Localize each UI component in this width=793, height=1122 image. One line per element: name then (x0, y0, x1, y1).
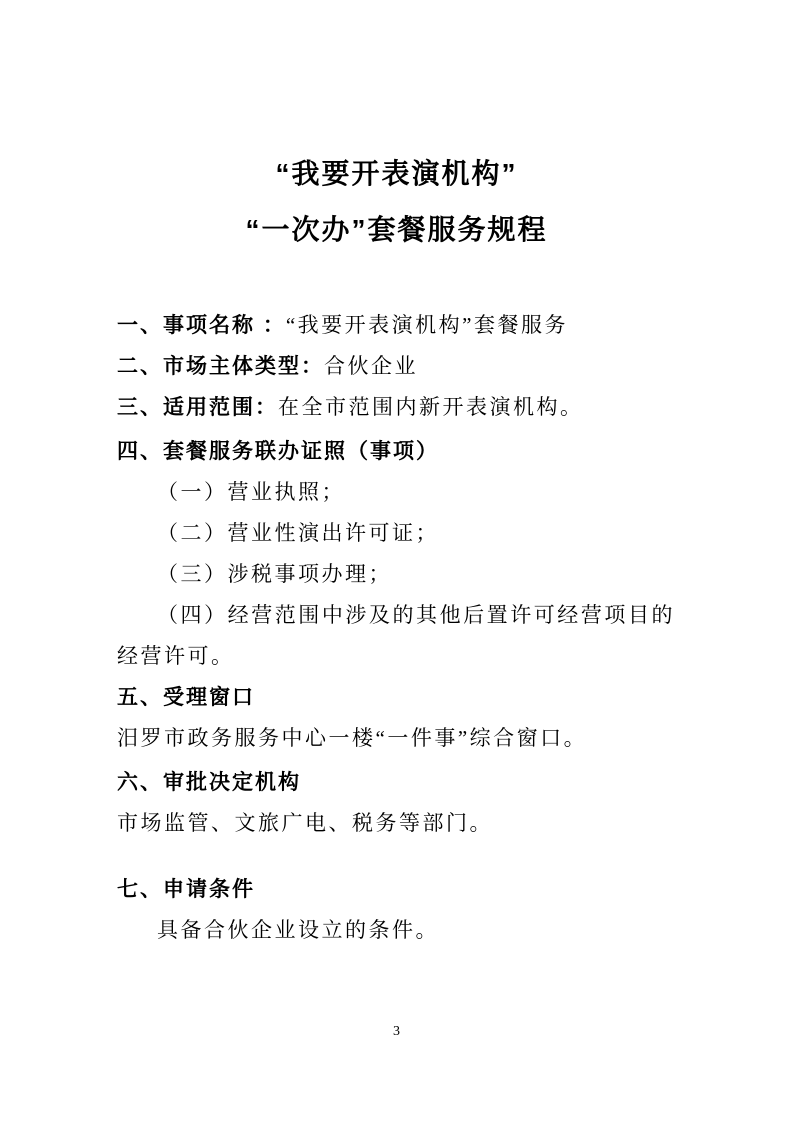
section-3-scope: 三、适用范围：在全市范围内新开表演机构。 (117, 387, 675, 428)
document-page: “我要开表演机构” “一次办”套餐服务规程 一、事项名称 ：“我要开表演机构”套… (0, 0, 793, 1122)
section-4-item-4-text: （四）经营范围中涉及的其他后置许可经营项目的经营许可。 (117, 603, 675, 668)
section-2-entity-type: 二、市场主体类型：合伙企业 (117, 346, 675, 387)
section-7-body: 具备合伙企业设立的条件。 (117, 910, 675, 951)
section-1-text: “我要开表演机构”套餐服务 (286, 313, 568, 337)
doc-title-line-2: “一次办”套餐服务规程 (0, 202, 793, 258)
section-6-body-text: 市场监管、文旅广电、税务等部门。 (117, 811, 493, 835)
section-4-item-4: （四）经营范围中涉及的其他后置许可经营项目的经营许可。 (117, 595, 675, 677)
section-4-item-3: （三）涉税事项办理； (117, 554, 675, 595)
section-5-heading: 五、受理窗口 (117, 677, 675, 718)
section-4-item-1: （一）营业执照； (117, 472, 675, 513)
section-2-text: 合伙企业 (324, 354, 418, 378)
section-4-item-2-text: （二）营业性演出许可证； (157, 521, 439, 545)
section-2-label: 二、市场主体类型： (117, 355, 324, 378)
section-4-heading: 四、套餐服务联办证照（事项） (117, 431, 675, 472)
doc-title-line-1: “我要开表演机构” (0, 146, 793, 202)
section-4-item-1-text: （一）营业执照； (157, 480, 345, 504)
page-number: 3 (0, 1022, 793, 1042)
section-6-body: 市场监管、文旅广电、税务等部门。 (117, 803, 675, 844)
section-4-item-2: （二）营业性演出许可证； (117, 513, 675, 554)
section-5-body: 汨罗市政务服务中心一楼“一件事”综合窗口。 (117, 718, 675, 759)
section-1-label: 一、事项名称 ： (117, 314, 286, 337)
doc-title: “我要开表演机构” “一次办”套餐服务规程 (0, 146, 793, 258)
doc-body: 一、事项名称 ：“我要开表演机构”套餐服务 二、市场主体类型：合伙企业 三、适用… (117, 305, 675, 951)
section-6-heading: 六、审批决定机构 (117, 762, 675, 803)
section-4-item-3-text: （三）涉税事项办理； (157, 562, 392, 586)
section-5-body-text: 汨罗市政务服务中心一楼“一件事”综合窗口。 (117, 726, 587, 750)
section-7-body-text: 具备合伙企业设立的条件。 (157, 918, 439, 942)
section-3-text: 在全市范围内新开表演机构。 (278, 395, 584, 419)
section-3-label: 三、适用范围： (117, 396, 278, 419)
section-1-item-name: 一、事项名称 ：“我要开表演机构”套餐服务 (117, 305, 675, 346)
section-7-heading: 七、申请条件 (117, 869, 675, 910)
